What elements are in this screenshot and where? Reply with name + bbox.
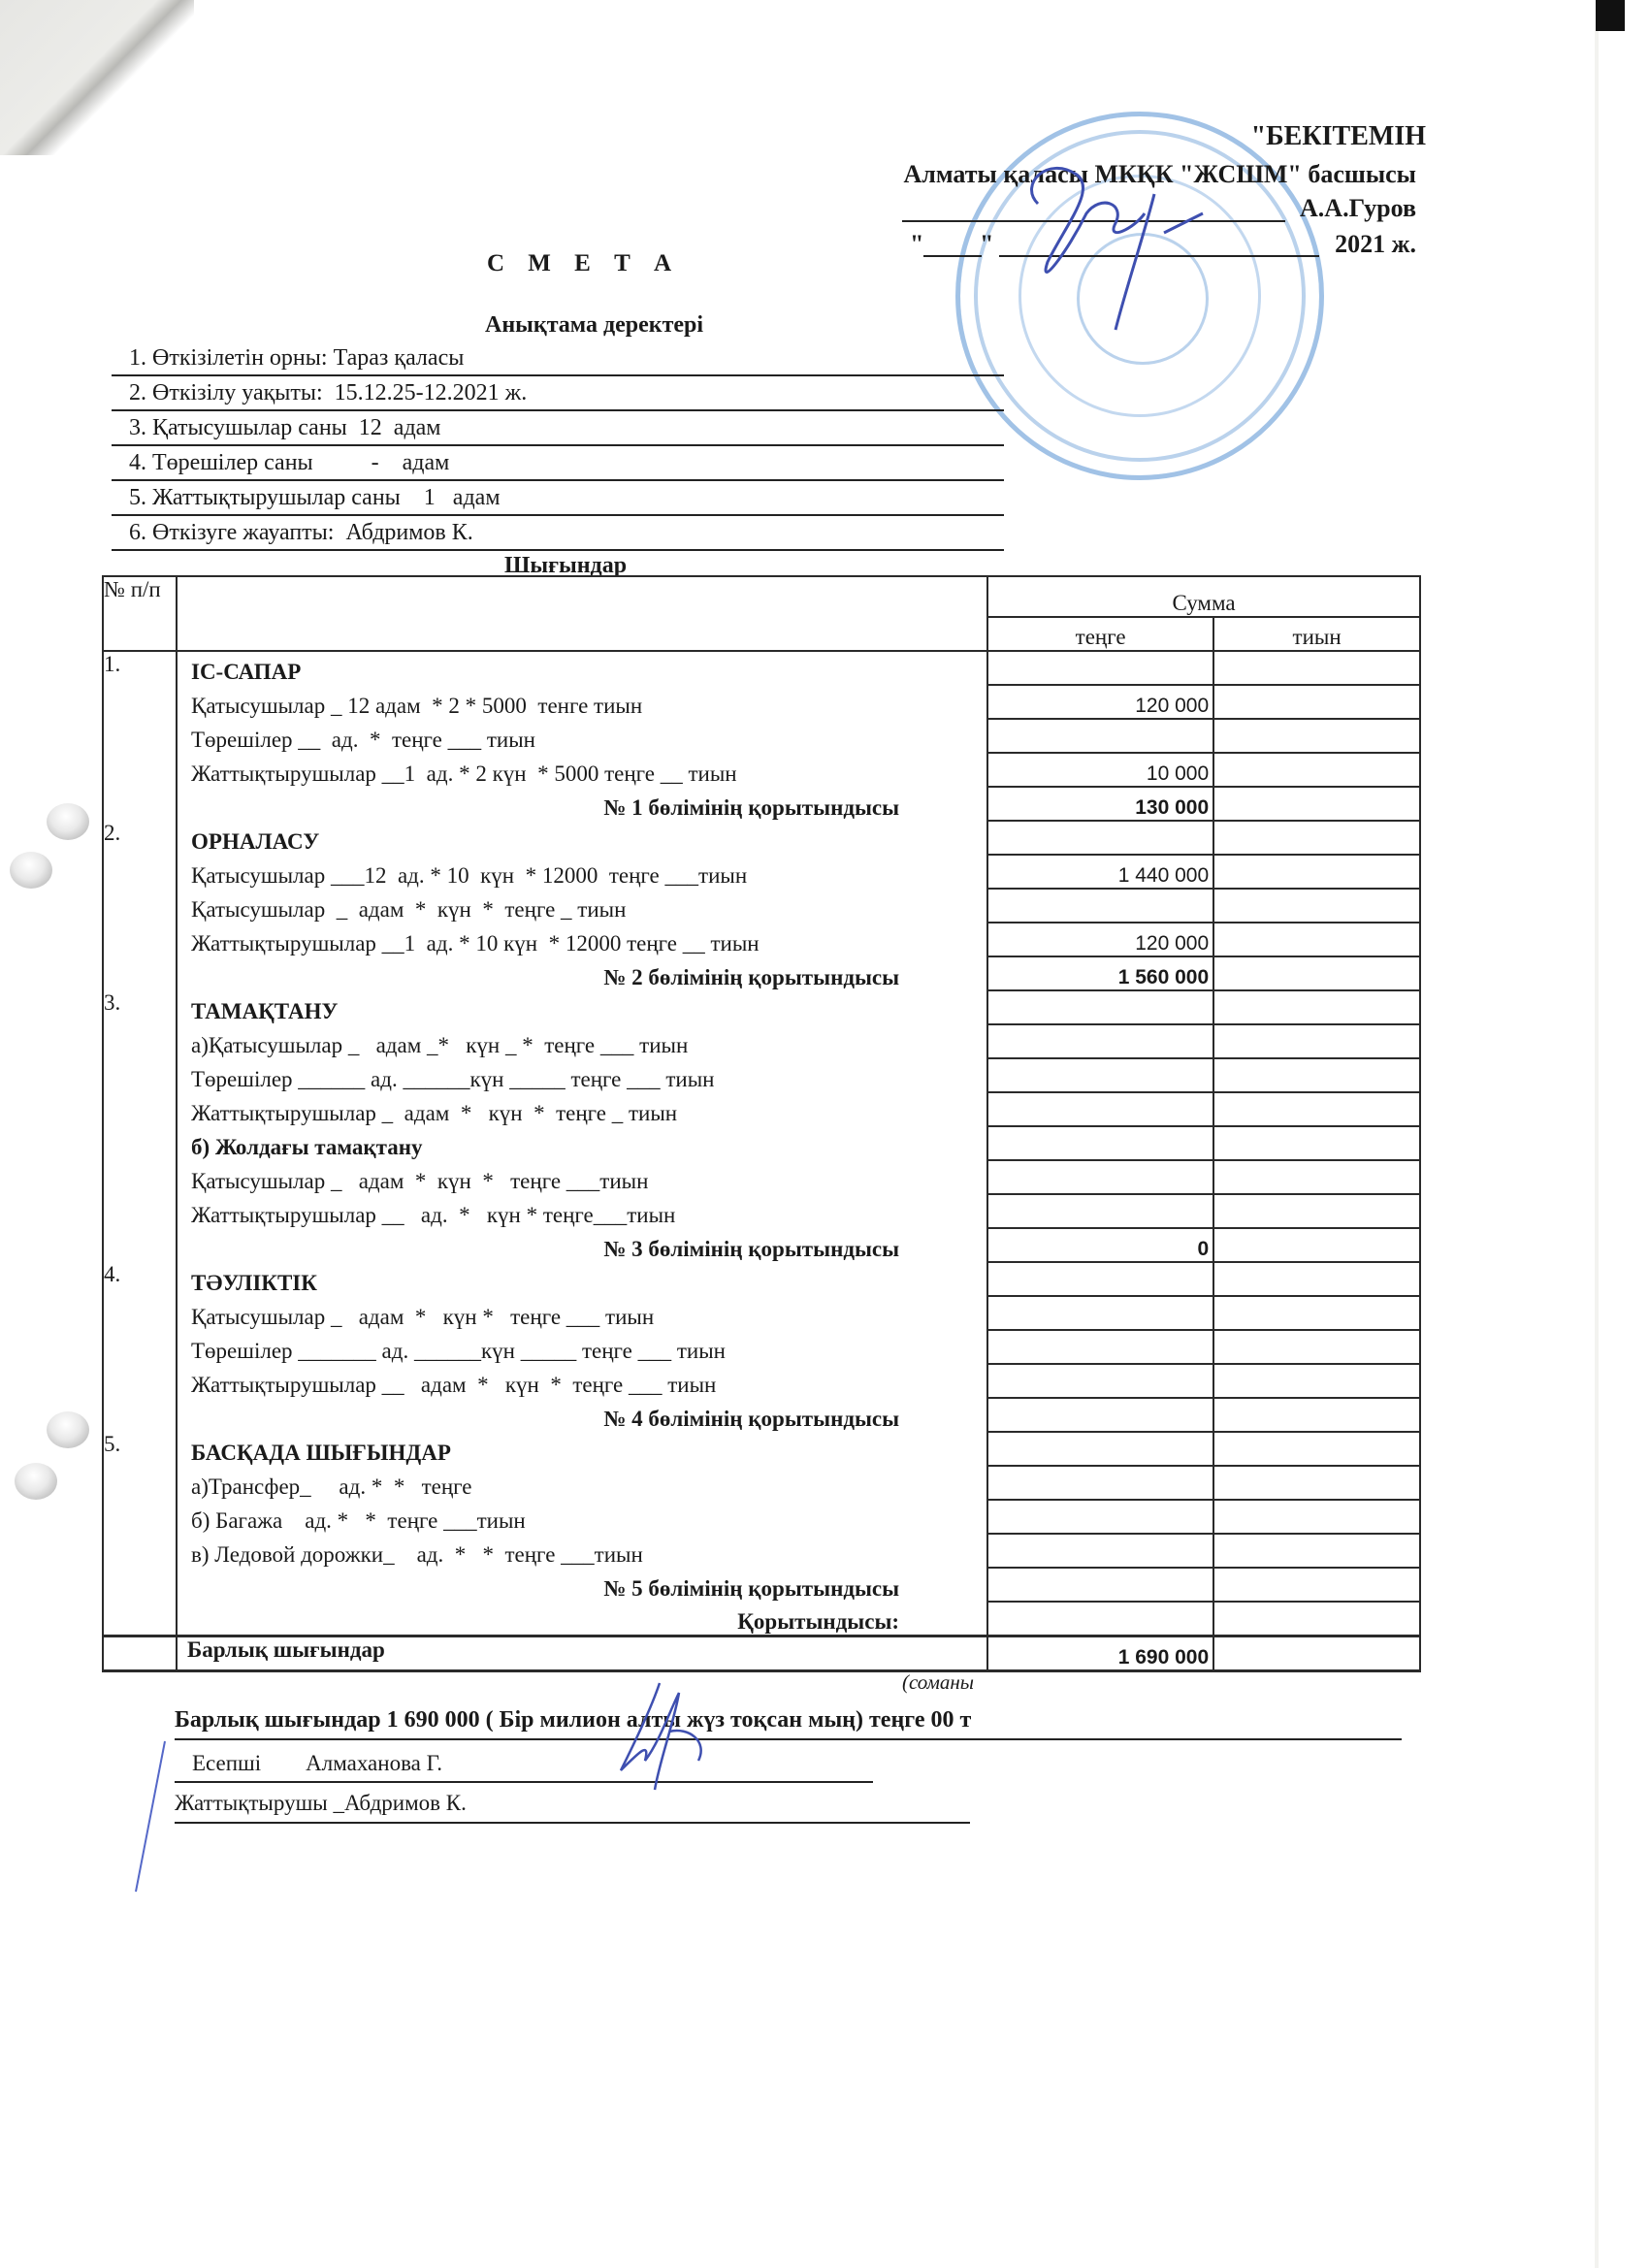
total-label: Барлық шығындар xyxy=(177,1636,987,1671)
table-row: 4.ТӘУЛІКТІК xyxy=(103,1262,1420,1296)
table-row: 3.ТАМАҚТАНУ xyxy=(103,990,1420,1024)
row-number xyxy=(103,1194,177,1228)
table-header-row: № п/п Сумма xyxy=(103,576,1420,617)
row-number xyxy=(103,1058,177,1092)
row-tenge xyxy=(987,719,1213,753)
row-tenge xyxy=(987,1126,1213,1160)
row-tenge: 130 000 xyxy=(987,787,1213,821)
row-description: № 3 бөлімінің қорытындысы xyxy=(177,1228,987,1262)
row-number xyxy=(103,1330,177,1364)
row-number xyxy=(103,1126,177,1160)
table-row: Қатысушылар _ адам * күн * теңге ___тиын xyxy=(103,1160,1420,1194)
row-tiyn xyxy=(1213,1534,1420,1568)
row-tenge xyxy=(987,1160,1213,1194)
row-tiyn xyxy=(1213,753,1420,787)
row-tiyn xyxy=(1213,1160,1420,1194)
row-tenge xyxy=(987,651,1213,685)
row-number xyxy=(103,1534,177,1568)
row-tiyn xyxy=(1213,1500,1420,1534)
row-tenge: 0 xyxy=(987,1228,1213,1262)
row-tenge xyxy=(987,1194,1213,1228)
header-sum: Сумма xyxy=(987,576,1420,617)
row-tenge xyxy=(987,1602,1213,1636)
row-number xyxy=(103,956,177,990)
director-signature xyxy=(1009,146,1222,340)
row-tiyn xyxy=(1213,1364,1420,1398)
scan-edge-shadow xyxy=(1595,31,1599,2268)
punch-hole xyxy=(15,1463,57,1500)
row-number: 5. xyxy=(103,1432,177,1466)
table-row: № 3 бөлімінің қорытындысы0 xyxy=(103,1228,1420,1262)
row-tiyn xyxy=(1213,1194,1420,1228)
punch-hole xyxy=(47,803,89,840)
table-row: Жаттықтырушылар __1 ад. * 10 күн * 12000… xyxy=(103,923,1420,956)
expenses-table: № п/п Сумма теңге тиын 1.ІС-САПАРҚатысуш… xyxy=(102,575,1421,1672)
row-number xyxy=(103,1296,177,1330)
row-description: Қатысушылар _ адам * күн * теңге ___ тиы… xyxy=(177,1296,987,1330)
row-tenge xyxy=(987,1568,1213,1602)
row-tiyn xyxy=(1213,1296,1420,1330)
table-row: 5.БАСҚАДА ШЫҒЫНДАР xyxy=(103,1432,1420,1466)
row-tenge xyxy=(987,1432,1213,1466)
table-row: Қатысушылар _ адам * күн * теңге ___ тиы… xyxy=(103,1296,1420,1330)
row-description: Жаттықтырушылар _ адам * күн * теңге _ т… xyxy=(177,1092,987,1126)
row-tenge xyxy=(987,1092,1213,1126)
total-row: Барлық шығындар1 690 000 xyxy=(103,1636,1420,1671)
row-number xyxy=(103,1500,177,1534)
row-tiyn xyxy=(1213,1602,1420,1636)
row-tiyn xyxy=(1213,651,1420,685)
reference-info: 1. Өткізілетін орны: Тараз қаласы 2. Өтк… xyxy=(112,341,1004,551)
row-description: Төрешілер ______ ад. ______күн _____ тең… xyxy=(177,1058,987,1092)
date-quote-close: " xyxy=(980,230,993,259)
info-referees: 4. Төрешілер саны - адам xyxy=(112,446,1004,481)
row-tenge xyxy=(987,1398,1213,1432)
row-number: 3. xyxy=(103,990,177,1024)
row-number xyxy=(103,923,177,956)
row-tiyn xyxy=(1213,1330,1420,1364)
row-description: ТӘУЛІКТІК xyxy=(177,1262,987,1296)
accountant-underline xyxy=(175,1781,873,1783)
row-tiyn xyxy=(1213,719,1420,753)
row-number xyxy=(103,1364,177,1398)
row-tiyn xyxy=(1213,1432,1420,1466)
row-number xyxy=(103,787,177,821)
table-row: в) Ледовой дорожки_ ад. * * теңге ___тиы… xyxy=(103,1534,1420,1568)
row-number xyxy=(103,1398,177,1432)
date-day-line xyxy=(923,255,982,257)
table-row: Қатысушылар _ 12 адам * 2 * 5000 тенге т… xyxy=(103,685,1420,719)
row-number xyxy=(103,1160,177,1194)
row-tiyn xyxy=(1213,685,1420,719)
row-tenge xyxy=(987,1466,1213,1500)
row-tiyn xyxy=(1213,1466,1420,1500)
row-tiyn xyxy=(1213,956,1420,990)
row-tenge: 1 440 000 xyxy=(987,855,1213,889)
row-description: ОРНАЛАСУ xyxy=(177,821,987,855)
row-number xyxy=(103,1568,177,1602)
table-row: № 2 бөлімінің қорытындысы1 560 000 xyxy=(103,956,1420,990)
row-tenge xyxy=(987,1534,1213,1568)
row-tenge: 1 560 000 xyxy=(987,956,1213,990)
row-description: Төрешілер __ ад. * теңге ___ тиын xyxy=(177,719,987,753)
table-row: № 5 бөлімінің қорытындысы xyxy=(103,1568,1420,1602)
row-description: № 2 бөлімінің қорытындысы xyxy=(177,956,987,990)
total-tenge: 1 690 000 xyxy=(987,1636,1213,1671)
info-dates: 2. Өткізілу уақыты: 15.12.25-12.2021 ж. xyxy=(112,376,1004,411)
row-tenge: 120 000 xyxy=(987,923,1213,956)
table-row: б) Жолдағы тамақтану xyxy=(103,1126,1420,1160)
margin-pen-stroke xyxy=(131,1736,170,1901)
row-number xyxy=(103,855,177,889)
row-tiyn xyxy=(1213,1228,1420,1262)
info-participants: 3. Қатысушылар саны 12 адам xyxy=(112,411,1004,446)
row-tenge xyxy=(987,1024,1213,1058)
row-tiyn xyxy=(1213,1568,1420,1602)
header-number: № п/п xyxy=(103,576,177,651)
accountant-line: Есепші Алмаханова Г. xyxy=(192,1751,442,1776)
row-tiyn xyxy=(1213,1024,1420,1058)
row-tenge xyxy=(987,889,1213,923)
row-tenge xyxy=(987,1330,1213,1364)
table-row: № 1 бөлімінің қорытындысы130 000 xyxy=(103,787,1420,821)
row-number xyxy=(103,719,177,753)
coach-line: Жаттықтырушы _Абдримов К. xyxy=(175,1791,467,1816)
info-responsible: 6. Өткізуге жауапты: Абдримов К. xyxy=(112,516,1004,551)
row-description: Қорытындысы: xyxy=(177,1602,987,1636)
row-tiyn xyxy=(1213,1262,1420,1296)
row-tenge xyxy=(987,1058,1213,1092)
row-description: а)Қатысушылар _ адам _* күн _ * теңге __… xyxy=(177,1024,987,1058)
table-row: Жаттықтырушылар __1 ад. * 2 күн * 5000 т… xyxy=(103,753,1420,787)
scan-edge xyxy=(1596,0,1625,31)
row-description: № 1 бөлімінің қорытындысы xyxy=(177,787,987,821)
header-tenge: теңге xyxy=(987,617,1213,651)
table-row: № 4 бөлімінің қорытындысы xyxy=(103,1398,1420,1432)
table-row: Төрешілер __ ад. * теңге ___ тиын xyxy=(103,719,1420,753)
table-row: Қорытындысы: xyxy=(103,1602,1420,1636)
row-description: Қатысушылар _ адам * күн * теңге ___тиын xyxy=(177,1160,987,1194)
row-number xyxy=(103,1228,177,1262)
row-tiyn xyxy=(1213,923,1420,956)
row-description: № 5 бөлімінің қорытындысы xyxy=(177,1568,987,1602)
table-row: Қатысушылар ___12 ад. * 10 күн * 12000 т… xyxy=(103,855,1420,889)
total-tiyn xyxy=(1213,1636,1420,1671)
table-row: Қатысушылар _ адам * күн * теңге _ тиын xyxy=(103,889,1420,923)
row-tenge xyxy=(987,1262,1213,1296)
row-tenge xyxy=(987,1364,1213,1398)
table-row: а)Трансфер_ ад. * * теңге xyxy=(103,1466,1420,1500)
table-row: б) Багажа ад. * * теңге ___тиын xyxy=(103,1500,1420,1534)
punch-hole xyxy=(10,852,52,889)
row-number xyxy=(103,753,177,787)
row-number xyxy=(103,1024,177,1058)
row-description: Жаттықтырушылар __ ад. * күн * теңге___т… xyxy=(177,1194,987,1228)
row-tiyn xyxy=(1213,1126,1420,1160)
table-row: 2.ОРНАЛАСУ xyxy=(103,821,1420,855)
header-description xyxy=(177,576,987,651)
amount-in-words-note: (соманы xyxy=(902,1670,974,1695)
approval-year: 2021 ж. xyxy=(1335,230,1416,259)
row-description: Жаттықтырушылар __ адам * күн * теңге __… xyxy=(177,1364,987,1398)
accountant-signature xyxy=(601,1673,737,1799)
page-corner-fold xyxy=(0,0,194,155)
row-description: Қатысушылар _ 12 адам * 2 * 5000 тенге т… xyxy=(177,685,987,719)
row-number xyxy=(103,1092,177,1126)
row-tenge xyxy=(987,1296,1213,1330)
row-description: а)Трансфер_ ад. * * теңге xyxy=(177,1466,987,1500)
info-coaches: 5. Жаттықтырушылар саны 1 адам xyxy=(112,481,1004,516)
table-row: Жаттықтырушылар _ адам * күн * теңге _ т… xyxy=(103,1092,1420,1126)
row-description: № 4 бөлімінің қорытындысы xyxy=(177,1398,987,1432)
row-description: б) Жолдағы тамақтану xyxy=(177,1126,987,1160)
row-number: 1. xyxy=(103,651,177,685)
row-description: б) Багажа ад. * * теңге ___тиын xyxy=(177,1500,987,1534)
table-row: Төрешілер ______ ад. ______күн _____ тең… xyxy=(103,1058,1420,1092)
row-description: Қатысушылар _ адам * күн * теңге _ тиын xyxy=(177,889,987,923)
row-number xyxy=(103,685,177,719)
table-row: Төрешілер _______ ад. ______күн _____ те… xyxy=(103,1330,1420,1364)
row-tiyn xyxy=(1213,821,1420,855)
table-row: 1.ІС-САПАР xyxy=(103,651,1420,685)
table-row: Жаттықтырушылар __ адам * күн * теңге __… xyxy=(103,1364,1420,1398)
row-description: ТАМАҚТАНУ xyxy=(177,990,987,1024)
coach-underline xyxy=(175,1822,970,1824)
row-description: Төрешілер _______ ад. ______күн _____ те… xyxy=(177,1330,987,1364)
row-tiyn xyxy=(1213,855,1420,889)
row-number: 2. xyxy=(103,821,177,855)
row-tenge: 10 000 xyxy=(987,753,1213,787)
row-number: 4. xyxy=(103,1262,177,1296)
row-number xyxy=(103,1466,177,1500)
row-description: ІС-САПАР xyxy=(177,651,987,685)
row-tenge xyxy=(987,990,1213,1024)
approval-title: "БЕКІТЕМІН xyxy=(1251,121,1426,152)
row-tenge xyxy=(987,1500,1213,1534)
row-description: Қатысушылар ___12 ад. * 10 күн * 12000 т… xyxy=(177,855,987,889)
row-tenge xyxy=(987,821,1213,855)
total-number xyxy=(103,1636,177,1671)
header-tiyn: тиын xyxy=(1213,617,1420,651)
approver-name: А.А.Гуров xyxy=(1300,194,1416,223)
row-tiyn xyxy=(1213,1092,1420,1126)
row-tiyn xyxy=(1213,889,1420,923)
table-row: а)Қатысушылар _ адам _* күн _ * теңге __… xyxy=(103,1024,1420,1058)
row-description: Жаттықтырушылар __1 ад. * 2 күн * 5000 т… xyxy=(177,753,987,787)
row-description: Жаттықтырушылар __1 ад. * 10 күн * 12000… xyxy=(177,923,987,956)
row-description: в) Ледовой дорожки_ ад. * * теңге ___тиы… xyxy=(177,1534,987,1568)
row-number xyxy=(103,1602,177,1636)
total-underline xyxy=(175,1738,1402,1740)
row-description: БАСҚАДА ШЫҒЫНДАР xyxy=(177,1432,987,1466)
row-tiyn xyxy=(1213,1398,1420,1432)
document-title: С М Е Т А xyxy=(487,250,680,277)
document-subtitle: Анықтама деректері xyxy=(485,312,703,339)
punch-hole xyxy=(47,1411,89,1448)
table-row: Жаттықтырушылар __ ад. * күн * теңге___т… xyxy=(103,1194,1420,1228)
date-quote-open: " xyxy=(910,230,923,259)
row-tiyn xyxy=(1213,787,1420,821)
info-venue: 1. Өткізілетін орны: Тараз қаласы xyxy=(112,341,1004,376)
row-number xyxy=(103,889,177,923)
row-tiyn xyxy=(1213,990,1420,1024)
total-in-words: Барлық шығындар 1 690 000 ( Бір милион а… xyxy=(175,1707,971,1733)
row-tiyn xyxy=(1213,1058,1420,1092)
row-tenge: 120 000 xyxy=(987,685,1213,719)
